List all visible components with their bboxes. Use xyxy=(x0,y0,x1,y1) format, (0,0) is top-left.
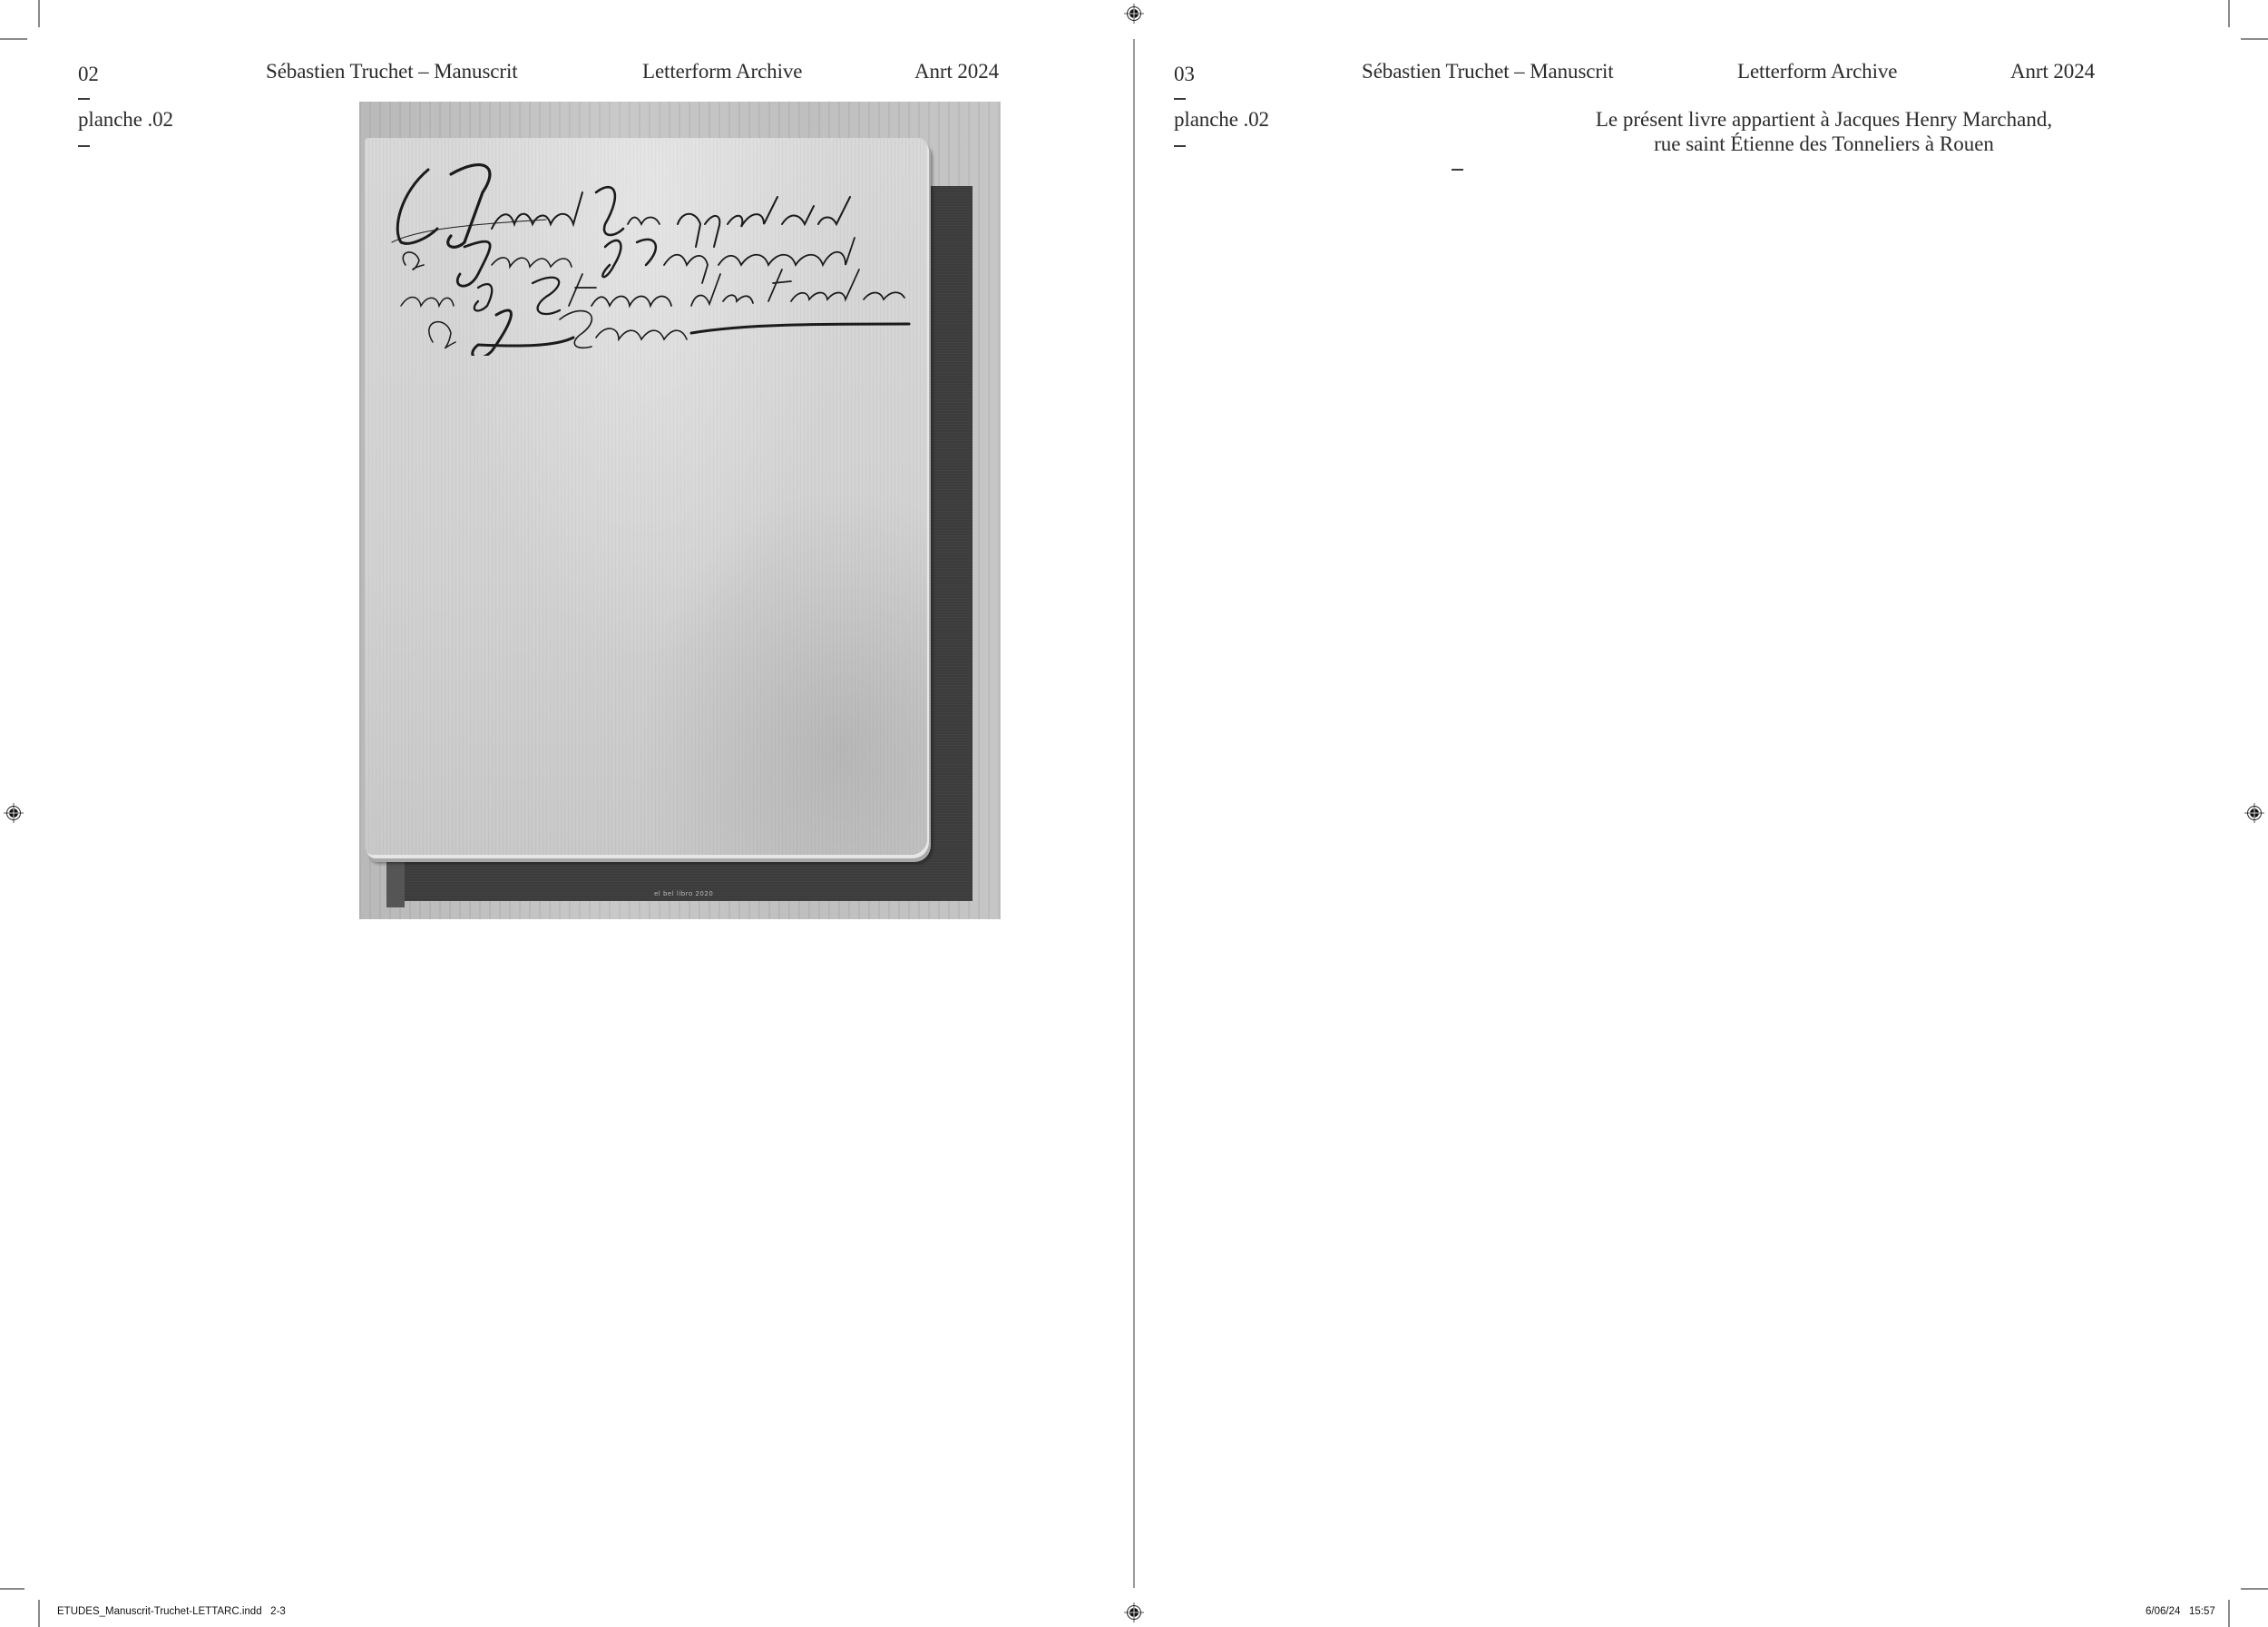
caption-end-dash xyxy=(1452,169,1463,171)
registration-mark-bottom-icon xyxy=(1124,1602,1144,1622)
crop-mark-top-right-h xyxy=(2241,38,2268,40)
caption-line-2: rue saint Étienne des Tonneliers à Rouen xyxy=(1586,132,2062,156)
crop-mark-bottom-left-h xyxy=(0,1588,24,1590)
publisher-right: Letterform Archive xyxy=(1737,61,1897,82)
folio-right: 03 xyxy=(1174,64,1195,84)
spine-fold-line xyxy=(1133,39,1135,1588)
edition-right: Anrt 2024 xyxy=(2010,61,2095,82)
manuscript-cover xyxy=(365,138,927,855)
registration-mark-left-icon xyxy=(4,803,24,823)
crop-mark-top-left-h xyxy=(0,38,27,40)
crop-mark-bottom-right-v xyxy=(2228,1600,2230,1627)
crop-mark-bottom-right-h xyxy=(2241,1588,2268,1590)
registration-mark-top-icon xyxy=(1124,4,1144,24)
running-title-left: Sébastien Truchet – Manuscrit xyxy=(266,61,518,82)
board-label-text: el bel libro 2020 xyxy=(654,890,713,897)
slug-datetime: 6/06/24 15:57 xyxy=(2146,1606,2215,1617)
crop-mark-top-left-v xyxy=(38,0,40,27)
figure-caption: Le présent livre appartient à Jacques He… xyxy=(1586,107,2062,156)
folio-left: 02 xyxy=(78,64,99,84)
slug-filename: ETUDES_Manuscrit-Truchet-LETTARC.indd 2-… xyxy=(57,1606,286,1617)
section-label-right: planche .02 xyxy=(1174,109,1269,130)
manuscript-photograph: el bel libro 2020 xyxy=(359,102,1001,919)
registration-mark-right-icon xyxy=(2244,803,2264,823)
separator-dash-right-2 xyxy=(1174,145,1186,147)
separator-dash-left-1 xyxy=(78,98,90,100)
separator-dash-left-2 xyxy=(78,145,90,147)
crop-mark-top-right-v xyxy=(2228,0,2230,27)
running-title-right: Sébastien Truchet – Manuscrit xyxy=(1362,61,1614,82)
calligraphic-inscription xyxy=(365,138,927,356)
publisher-left: Letterform Archive xyxy=(642,61,802,82)
separator-dash-right-1 xyxy=(1174,98,1186,100)
crop-mark-bottom-left-v xyxy=(38,1600,40,1627)
section-label-left: planche .02 xyxy=(78,109,173,130)
caption-line-1: Le présent livre appartient à Jacques He… xyxy=(1586,107,2062,132)
edition-left: Anrt 2024 xyxy=(914,61,999,82)
